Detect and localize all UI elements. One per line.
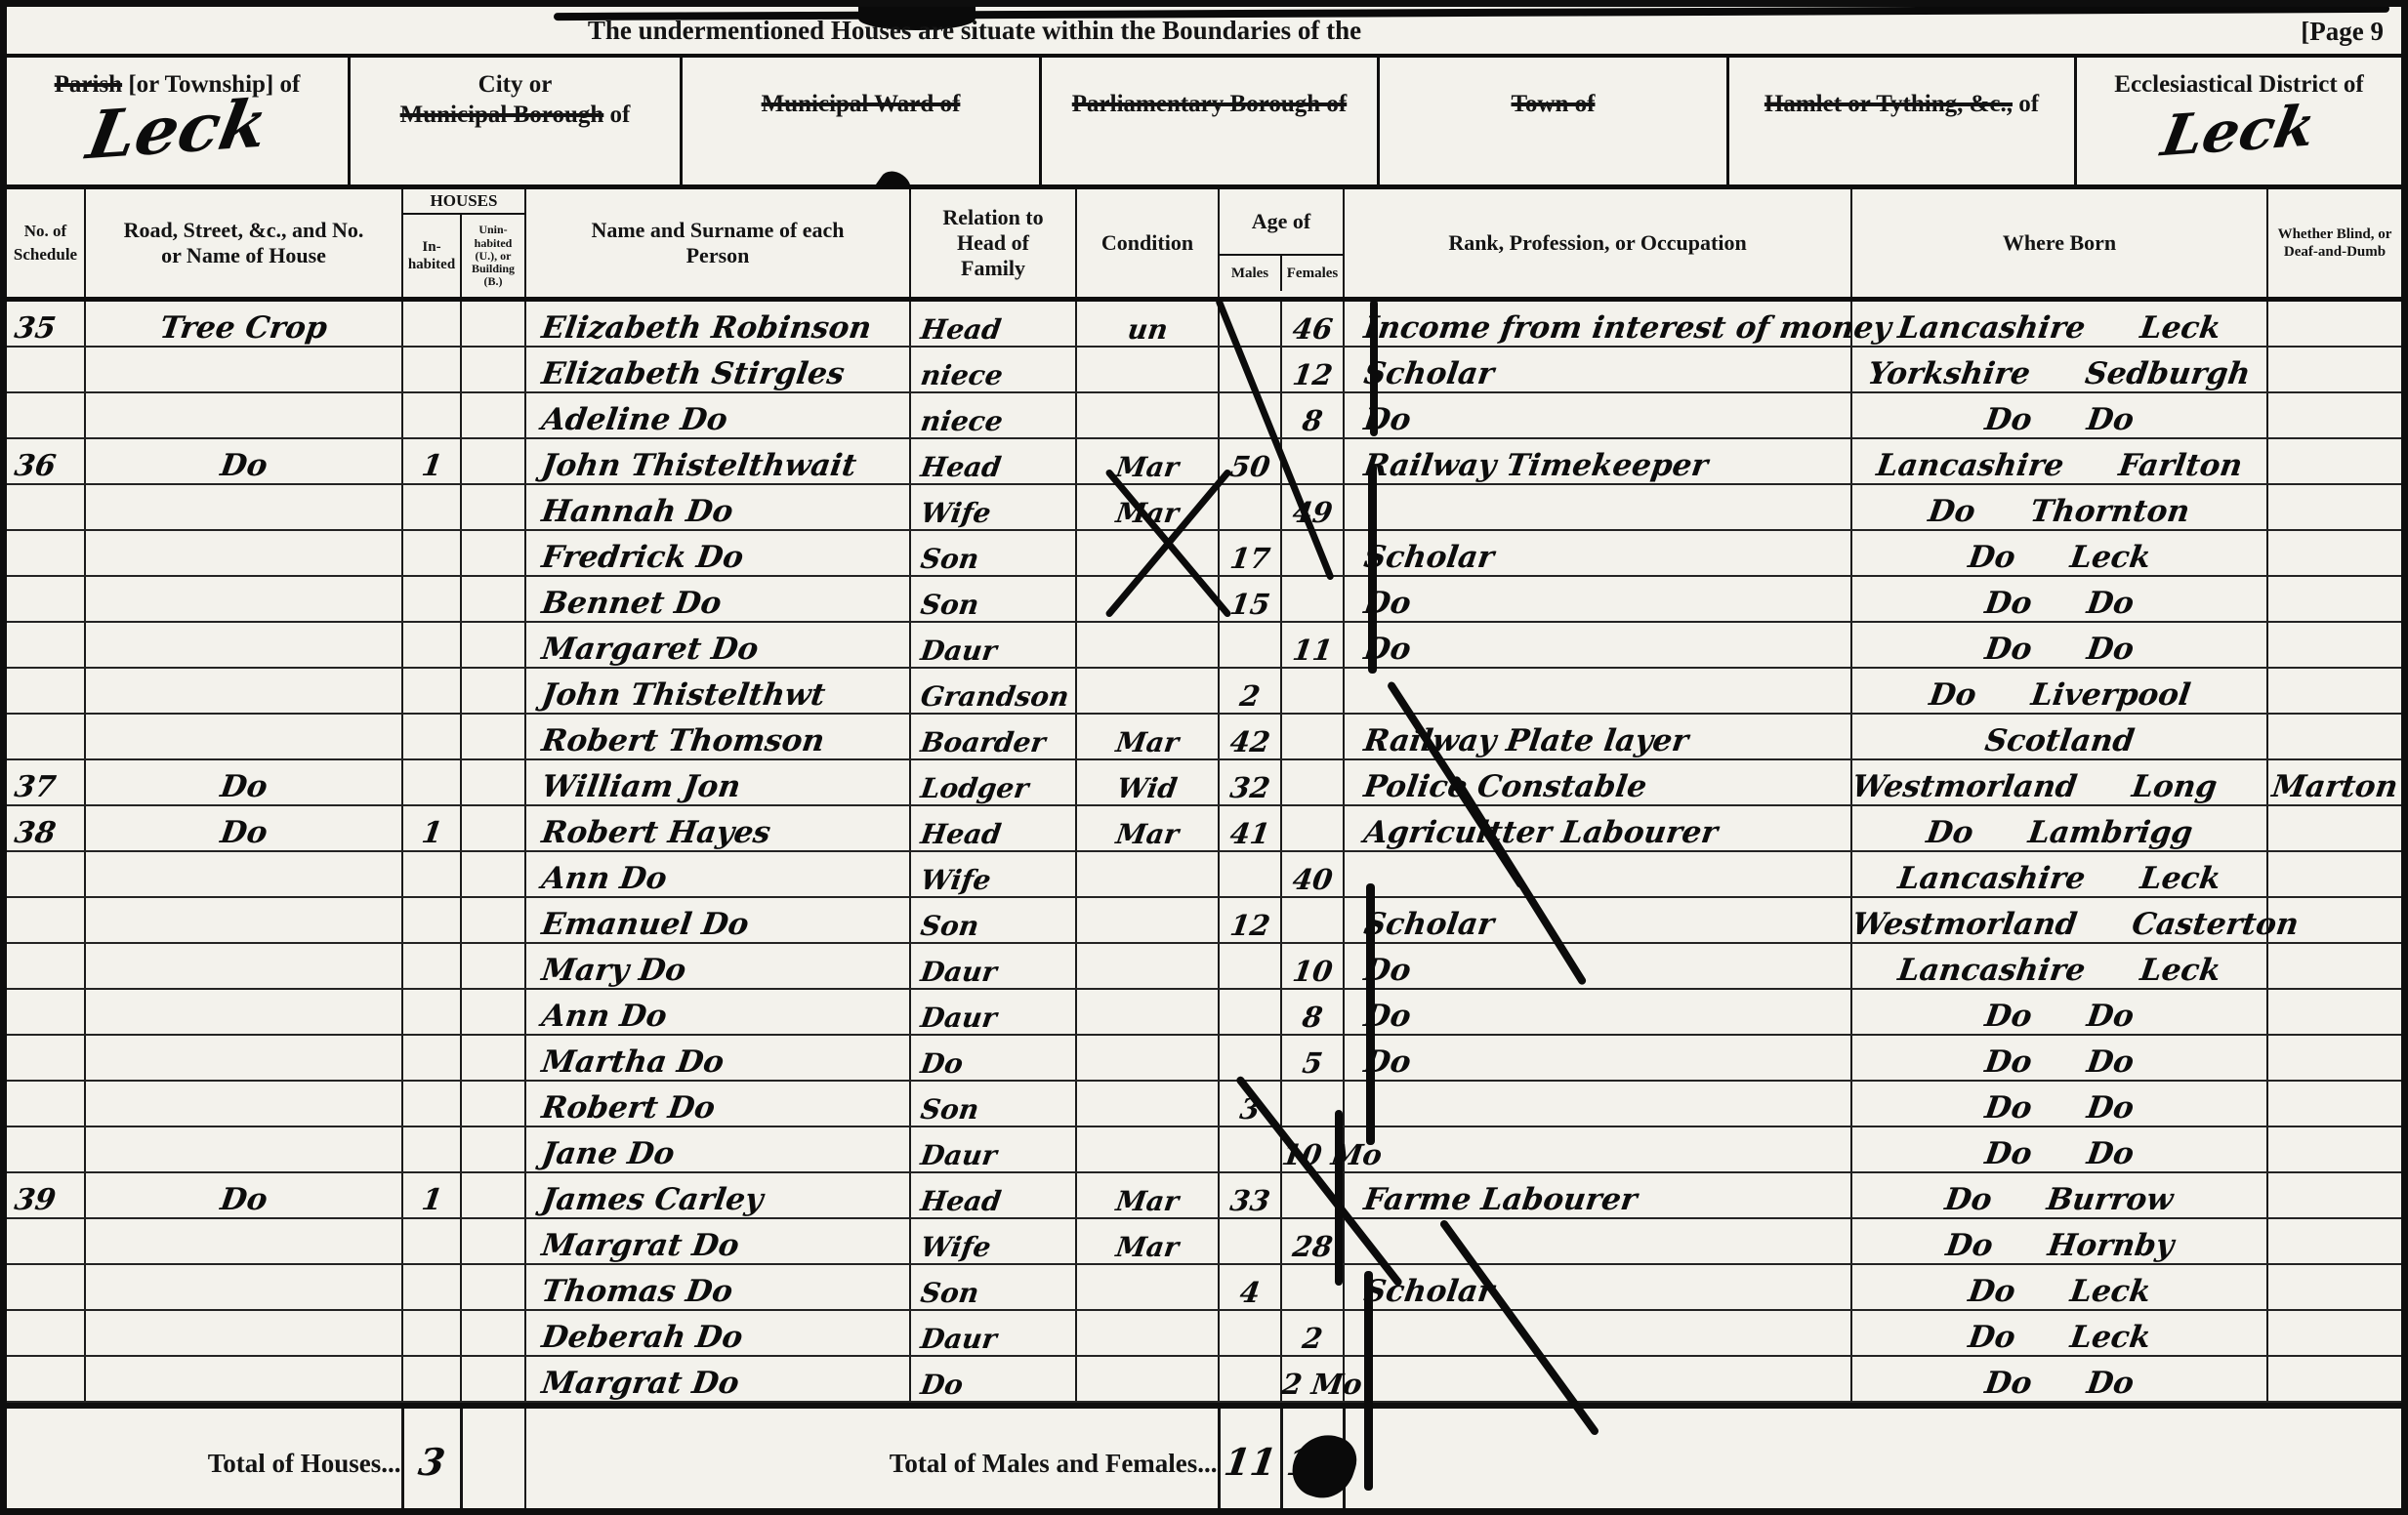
- ward-label: Municipal Ward of: [762, 91, 961, 117]
- cell-blind: [2267, 576, 2401, 622]
- ink-stroke: [1370, 300, 1378, 436]
- cell-schedule: [7, 943, 85, 989]
- cell-age-male: 17: [1219, 530, 1281, 576]
- col-header-where-born: Where Born: [1851, 189, 2267, 300]
- cell-road: Do: [85, 759, 402, 805]
- cell-where-born: Scotland: [1851, 714, 2267, 759]
- cell-uninhabited: [461, 759, 525, 805]
- table-row: Thomas Do Son 4 Scholar Do Leck: [7, 1264, 2401, 1310]
- cell-occupation: Agricultter Labourer: [1344, 805, 1851, 851]
- cell-where-born: Do Do: [1851, 622, 2267, 668]
- cell-inhabited: [402, 714, 461, 759]
- table-row: 39 Do 1 James Carley Head Mar 33 Farme L…: [7, 1172, 2401, 1218]
- ink-stroke: [1335, 1110, 1343, 1286]
- cell-relation: Daur: [910, 943, 1076, 989]
- city-label-line1: City or: [351, 69, 680, 100]
- cell-age-female: 10: [1281, 943, 1344, 989]
- cell-condition: [1076, 1081, 1219, 1126]
- cell-age-male: 41: [1219, 805, 1281, 851]
- cell-age-female: 2 Mo: [1281, 1356, 1344, 1402]
- cell-schedule: 35: [7, 300, 85, 348]
- col-header-females: Females: [1282, 256, 1343, 291]
- cell-occupation: Do: [1344, 622, 1851, 668]
- col-header-relation: Relation to Head of Family: [910, 189, 1076, 300]
- cell-road: [85, 989, 402, 1035]
- cell-where-born: Lancashire Leck: [1851, 851, 2267, 897]
- cell-name: Fredrick Do: [525, 530, 910, 576]
- cell-occupation: Do: [1344, 1035, 1851, 1081]
- table-row: Emanuel Do Son 12 Scholar Westmorland Ca…: [7, 897, 2401, 943]
- town-box: Town of: [1380, 58, 1729, 184]
- cell-road: Do: [85, 805, 402, 851]
- cell-where-born: Westmorland Casterton: [1851, 897, 2267, 943]
- cell-blind: [2267, 943, 2401, 989]
- cell-occupation: [1344, 484, 1851, 530]
- cell-schedule: [7, 1081, 85, 1126]
- cell-schedule: [7, 851, 85, 897]
- cell-name: Mary Do: [525, 943, 910, 989]
- cell-age-male: [1219, 989, 1281, 1035]
- cell-relation: niece: [910, 347, 1076, 392]
- cell-relation: Do: [910, 1356, 1076, 1402]
- cell-occupation: [1344, 668, 1851, 714]
- cell-name: Martha Do: [525, 1035, 910, 1081]
- total-houses-label: Total of Houses...: [7, 1406, 402, 1515]
- cell-inhabited: [402, 622, 461, 668]
- cell-schedule: [7, 484, 85, 530]
- cell-uninhabited: [461, 1126, 525, 1172]
- cell-inhabited: [402, 392, 461, 438]
- cell-condition: Mar: [1076, 1172, 1219, 1218]
- city-label-line2: Municipal Borough of: [351, 100, 680, 130]
- cell-blind: [2267, 1218, 2401, 1264]
- cell-occupation: [1344, 1126, 1851, 1172]
- cell-uninhabited: [461, 714, 525, 759]
- cell-road: [85, 851, 402, 897]
- cell-schedule: 37: [7, 759, 85, 805]
- cell-schedule: 39: [7, 1172, 85, 1218]
- census-table: No. of Schedule Road, Street, &c., and N…: [7, 189, 2401, 1403]
- cell-condition: [1076, 1310, 1219, 1356]
- cell-age-female: [1281, 897, 1344, 943]
- cell-blind: [2267, 805, 2401, 851]
- cell-where-born: Do Lambrigg: [1851, 805, 2267, 851]
- cell-relation: Do: [910, 1035, 1076, 1081]
- cell-relation: Son: [910, 530, 1076, 576]
- cell-age-male: 32: [1219, 759, 1281, 805]
- page-number: [Page 9: [2301, 17, 2384, 47]
- header-row: No. of Schedule Road, Street, &c., and N…: [7, 189, 2401, 300]
- col-header-condition: Condition: [1076, 189, 1219, 300]
- col-header-age: Age of Males Females: [1219, 189, 1344, 300]
- cell-occupation: Do: [1344, 392, 1851, 438]
- table-row: Margrat Do Do 2 Mo Do Do: [7, 1356, 2401, 1402]
- table-row: Hannah Do Wife Mar 49 Do Thornton: [7, 484, 2401, 530]
- cell-road: [85, 1126, 402, 1172]
- cell-condition: [1076, 622, 1219, 668]
- cell-inhabited: [402, 1081, 461, 1126]
- cell-uninhabited: [461, 943, 525, 989]
- cell-condition: Mar: [1076, 438, 1219, 484]
- cell-age-male: [1219, 1310, 1281, 1356]
- col-header-name: Name and Surname of each Person: [525, 189, 910, 300]
- cell-uninhabited: [461, 989, 525, 1035]
- cell-name: Robert Thomson: [525, 714, 910, 759]
- cell-age-female: [1281, 668, 1344, 714]
- col-header-uninhabited: Unin-habited (U.), or Building (B.): [462, 215, 524, 297]
- cell-age-male: [1219, 1356, 1281, 1402]
- cell-where-born: Do Do: [1851, 392, 2267, 438]
- cell-occupation: [1344, 851, 1851, 897]
- cell-occupation: Do: [1344, 576, 1851, 622]
- cell-schedule: [7, 714, 85, 759]
- cell-age-male: [1219, 943, 1281, 989]
- cell-occupation: Scholar: [1344, 1264, 1851, 1310]
- cell-blind: [2267, 851, 2401, 897]
- cell-uninhabited: [461, 1356, 525, 1402]
- cell-blind: [2267, 438, 2401, 484]
- cell-relation: Wife: [910, 1218, 1076, 1264]
- cell-inhabited: [402, 1264, 461, 1310]
- cell-road: Tree Crop: [85, 300, 402, 348]
- cell-where-born: Lancashire Farlton: [1851, 438, 2267, 484]
- ecclesiastical-label: Ecclesiastical District of: [2077, 69, 2401, 100]
- cell-blind: [2267, 392, 2401, 438]
- cell-age-male: 42: [1219, 714, 1281, 759]
- parliamentary-label: Parliamentary Borough of: [1072, 91, 1347, 117]
- cell-name: Margrat Do: [525, 1356, 910, 1402]
- cell-schedule: [7, 1035, 85, 1081]
- location-header: Parish [or Township] of Leck City or Mun…: [7, 58, 2401, 189]
- cell-name: John Thistelthwait: [525, 438, 910, 484]
- cell-relation: Daur: [910, 1310, 1076, 1356]
- cell-schedule: [7, 347, 85, 392]
- cell-occupation: Scholar: [1344, 897, 1851, 943]
- cell-relation: Lodger: [910, 759, 1076, 805]
- cell-age-female: 11: [1281, 622, 1344, 668]
- cell-blind: [2267, 300, 2401, 348]
- cell-inhabited: 1: [402, 1172, 461, 1218]
- cell-relation: Head: [910, 1172, 1076, 1218]
- cell-name: Jane Do: [525, 1126, 910, 1172]
- cell-relation: Head: [910, 438, 1076, 484]
- ink-stroke: [1368, 464, 1377, 674]
- cell-blind: [2267, 347, 2401, 392]
- cell-age-female: 5: [1281, 1035, 1344, 1081]
- cell-relation: Head: [910, 300, 1076, 348]
- cell-uninhabited: [461, 300, 525, 348]
- col-header-males: Males: [1220, 256, 1282, 291]
- cell-where-born: Do Leck: [1851, 1264, 2267, 1310]
- cell-inhabited: [402, 668, 461, 714]
- ward-box: Municipal Ward of: [683, 58, 1042, 184]
- cell-blind: [2267, 1081, 2401, 1126]
- cell-road: [85, 392, 402, 438]
- ecclesiastical-value: Leck: [2077, 102, 2401, 159]
- cell-inhabited: [402, 530, 461, 576]
- cell-road: [85, 1356, 402, 1402]
- cell-where-born: Do Leck: [1851, 530, 2267, 576]
- table-row: Robert Do Son 3 Do Do: [7, 1081, 2401, 1126]
- parliamentary-box: Parliamentary Borough of: [1042, 58, 1380, 184]
- table-row: Elizabeth Stirgles niece 12 Scholar York…: [7, 347, 2401, 392]
- cell-condition: [1076, 1356, 1219, 1402]
- cell-age-male: [1219, 1035, 1281, 1081]
- cell-condition: [1076, 989, 1219, 1035]
- cell-blind: [2267, 1035, 2401, 1081]
- hamlet-rest-text: of: [2018, 91, 2039, 117]
- cell-age-male: [1219, 622, 1281, 668]
- cell-uninhabited: [461, 1035, 525, 1081]
- table-row: Margaret Do Daur 11 Do Do Do: [7, 622, 2401, 668]
- cell-inhabited: 1: [402, 438, 461, 484]
- cell-where-born: Do Do: [1851, 1126, 2267, 1172]
- cell-schedule: [7, 1218, 85, 1264]
- cell-blind: [2267, 1172, 2401, 1218]
- cell-blind: [2267, 1310, 2401, 1356]
- cell-age-male: 33: [1219, 1172, 1281, 1218]
- cell-name: Margrat Do: [525, 1218, 910, 1264]
- cell-name: Thomas Do: [525, 1264, 910, 1310]
- cell-age-male: 12: [1219, 897, 1281, 943]
- cell-name: Adeline Do: [525, 392, 910, 438]
- city-box: City or Municipal Borough of: [351, 58, 683, 184]
- cell-where-born: Do Liverpool: [1851, 668, 2267, 714]
- top-note-text: The undermentioned Houses are situate wi…: [588, 16, 1361, 46]
- cell-inhabited: [402, 576, 461, 622]
- cell-where-born: Do Do: [1851, 1356, 2267, 1402]
- cell-age-male: 2: [1219, 668, 1281, 714]
- cell-age-female: [1281, 759, 1344, 805]
- cell-schedule: [7, 1310, 85, 1356]
- cell-uninhabited: [461, 576, 525, 622]
- cell-condition: [1076, 897, 1219, 943]
- cell-schedule: 38: [7, 805, 85, 851]
- cell-where-born: Do Do: [1851, 989, 2267, 1035]
- cell-road: [85, 1218, 402, 1264]
- cell-schedule: [7, 668, 85, 714]
- cell-condition: Mar: [1076, 1218, 1219, 1264]
- table-row: Deberah Do Daur 2 Do Leck: [7, 1310, 2401, 1356]
- cell-relation: Wife: [910, 851, 1076, 897]
- parish-struck-text: Parish: [55, 71, 122, 98]
- cell-inhabited: [402, 1356, 461, 1402]
- cell-relation: Son: [910, 1081, 1076, 1126]
- cell-road: [85, 530, 402, 576]
- hamlet-box: Hamlet or Tything, &c., of: [1729, 58, 2077, 184]
- table-row: Martha Do Do 5 Do Do Do: [7, 1035, 2401, 1081]
- ink-stroke: [1366, 883, 1375, 1145]
- cell-name: Bennet Do: [525, 576, 910, 622]
- totals-empty: [1344, 1406, 2401, 1515]
- cell-blind: [2267, 1356, 2401, 1402]
- cell-name: Robert Do: [525, 1081, 910, 1126]
- cell-where-born: Do Burrow: [1851, 1172, 2267, 1218]
- cell-inhabited: [402, 897, 461, 943]
- cell-where-born: Do Thornton: [1851, 484, 2267, 530]
- cell-blind: [2267, 1126, 2401, 1172]
- cell-schedule: [7, 897, 85, 943]
- cell-age-female: [1281, 805, 1344, 851]
- cell-relation: Daur: [910, 1126, 1076, 1172]
- cell-road: [85, 484, 402, 530]
- cell-occupation: Farme Labourer: [1344, 1172, 1851, 1218]
- cell-name: Ann Do: [525, 989, 910, 1035]
- cell-where-born: Do Hornby: [1851, 1218, 2267, 1264]
- cell-age-male: 50: [1219, 438, 1281, 484]
- cell-uninhabited: [461, 347, 525, 392]
- cell-schedule: [7, 989, 85, 1035]
- cell-road: [85, 1310, 402, 1356]
- cell-road: [85, 943, 402, 989]
- cell-road: [85, 897, 402, 943]
- cell-where-born: Lancashire Leck: [1851, 300, 2267, 348]
- cell-schedule: [7, 1264, 85, 1310]
- cell-blind: [2267, 989, 2401, 1035]
- cell-name: Ann Do: [525, 851, 910, 897]
- cell-age-female: 2: [1281, 1310, 1344, 1356]
- cell-occupation: [1344, 1081, 1851, 1126]
- hamlet-struck-text: Hamlet or Tything, &c.,: [1764, 91, 2013, 117]
- cell-occupation: Railway Timekeeper: [1344, 438, 1851, 484]
- cell-age-male: [1219, 1126, 1281, 1172]
- cell-name: Robert Hayes: [525, 805, 910, 851]
- cell-schedule: [7, 1356, 85, 1402]
- col-header-schedule: No. of Schedule: [7, 189, 85, 300]
- cell-name: John Thistelthwt: [525, 668, 910, 714]
- cell-blind: [2267, 530, 2401, 576]
- col-header-occupation: Rank, Profession, or Occupation: [1344, 189, 1851, 300]
- cell-uninhabited: [461, 1081, 525, 1126]
- cell-age-male: [1219, 851, 1281, 897]
- cell-name: William Jon: [525, 759, 910, 805]
- cell-uninhabited: [461, 1218, 525, 1264]
- cell-occupation: Police Constable: [1344, 759, 1851, 805]
- cell-uninhabited: [461, 805, 525, 851]
- cell-inhabited: [402, 943, 461, 989]
- cell-uninhabited: [461, 897, 525, 943]
- cell-name: Margaret Do: [525, 622, 910, 668]
- cell-age-female: 40: [1281, 851, 1344, 897]
- cell-where-born: Yorkshire Sedburgh: [1851, 347, 2267, 392]
- cell-inhabited: [402, 1126, 461, 1172]
- cell-blind: [2267, 668, 2401, 714]
- table-row: Margrat Do Wife Mar 28 Do Hornby: [7, 1218, 2401, 1264]
- cell-inhabited: [402, 347, 461, 392]
- total-houses-value: 3: [402, 1406, 461, 1515]
- cell-blind: [2267, 622, 2401, 668]
- cell-where-born: Do Leck: [1851, 1310, 2267, 1356]
- cell-age-male: 4: [1219, 1264, 1281, 1310]
- cell-schedule: [7, 622, 85, 668]
- cell-name: Elizabeth Robinson: [525, 300, 910, 348]
- ecclesiastical-box: Ecclesiastical District of Leck: [2077, 58, 2401, 184]
- cell-inhabited: 1: [402, 805, 461, 851]
- cell-road: [85, 714, 402, 759]
- cell-name: Emanuel Do: [525, 897, 910, 943]
- cell-inhabited: [402, 484, 461, 530]
- cell-where-born: Westmorland Long Marton: [1851, 759, 2267, 805]
- cell-inhabited: [402, 1035, 461, 1081]
- cell-occupation: [1344, 1310, 1851, 1356]
- cell-name: Hannah Do: [525, 484, 910, 530]
- cell-blind: [2267, 1264, 2401, 1310]
- cell-uninhabited: [461, 622, 525, 668]
- cell-relation: Grandson: [910, 668, 1076, 714]
- cell-inhabited: [402, 851, 461, 897]
- cell-name: James Carley: [525, 1172, 910, 1218]
- col-header-houses: HOUSES In-habited Unin-habited (U.), or …: [402, 189, 525, 300]
- cell-inhabited: [402, 759, 461, 805]
- col-header-inhabited: In-habited: [403, 215, 462, 297]
- parish-value: Leck: [7, 97, 348, 163]
- cell-age-female: [1281, 576, 1344, 622]
- cell-blind: [2267, 714, 2401, 759]
- cell-schedule: [7, 530, 85, 576]
- col-header-blind: Whether Blind, or Deaf-and-Dumb: [2267, 189, 2401, 300]
- table-row: John Thistelthwt Grandson 2 Do Liverpool: [7, 668, 2401, 714]
- parish-box: Parish [or Township] of Leck: [7, 58, 351, 184]
- cell-uninhabited: [461, 438, 525, 484]
- cell-relation: Boarder: [910, 714, 1076, 759]
- totals-row: Total of Houses... 3 Total of Males and …: [7, 1403, 2401, 1515]
- table-row: Mary Do Daur 10 Do Lancashire Leck: [7, 943, 2401, 989]
- cell-occupation: Scholar: [1344, 347, 1851, 392]
- table-row: Ann Do Wife 40 Lancashire Leck: [7, 851, 2401, 897]
- census-sheet: The undermentioned Houses are situate wi…: [0, 0, 2408, 1515]
- cell-road: [85, 622, 402, 668]
- cell-where-born: Do Do: [1851, 576, 2267, 622]
- cell-inhabited: [402, 1218, 461, 1264]
- cell-uninhabited: [461, 484, 525, 530]
- cell-condition: [1076, 1126, 1219, 1172]
- cell-blind: [2267, 759, 2401, 805]
- cell-occupation: Scholar: [1344, 530, 1851, 576]
- table-row: 37 Do William Jon Lodger Wid 32 Police C…: [7, 759, 2401, 805]
- cell-inhabited: [402, 300, 461, 348]
- town-label: Town of: [1512, 91, 1596, 117]
- cell-relation: Head: [910, 805, 1076, 851]
- cell-age-female: 46: [1281, 300, 1344, 348]
- table-row: Jane Do Daur 10 Mo Do Do: [7, 1126, 2401, 1172]
- cell-schedule: [7, 1126, 85, 1172]
- cell-where-born: Lancashire Leck: [1851, 943, 2267, 989]
- cell-condition: Mar: [1076, 714, 1219, 759]
- cell-where-born: Do Do: [1851, 1035, 2267, 1081]
- cell-road: [85, 1081, 402, 1126]
- table-row: 36 Do 1 John Thistelthwait Head Mar 50 R…: [7, 438, 2401, 484]
- cell-occupation: [1344, 1356, 1851, 1402]
- cell-relation: niece: [910, 392, 1076, 438]
- cell-condition: [1076, 851, 1219, 897]
- total-males-females-label: Total of Males and Females...: [525, 1406, 1219, 1515]
- cell-condition: [1076, 943, 1219, 989]
- cell-uninhabited: [461, 392, 525, 438]
- cell-condition: [1076, 347, 1219, 392]
- cell-condition: Wid: [1076, 759, 1219, 805]
- cell-uninhabited: [461, 668, 525, 714]
- cell-occupation: Do: [1344, 989, 1851, 1035]
- cell-uninhabited: [461, 851, 525, 897]
- table-row: 38 Do 1 Robert Hayes Head Mar 41 Agricul…: [7, 805, 2401, 851]
- cell-inhabited: [402, 1310, 461, 1356]
- cell-age-female: [1281, 714, 1344, 759]
- top-note: The undermentioned Houses are situate wi…: [7, 7, 2401, 58]
- cell-name: Elizabeth Stirgles: [525, 347, 910, 392]
- cell-uninhabited: [461, 1172, 525, 1218]
- cell-schedule: [7, 576, 85, 622]
- cell-relation: Wife: [910, 484, 1076, 530]
